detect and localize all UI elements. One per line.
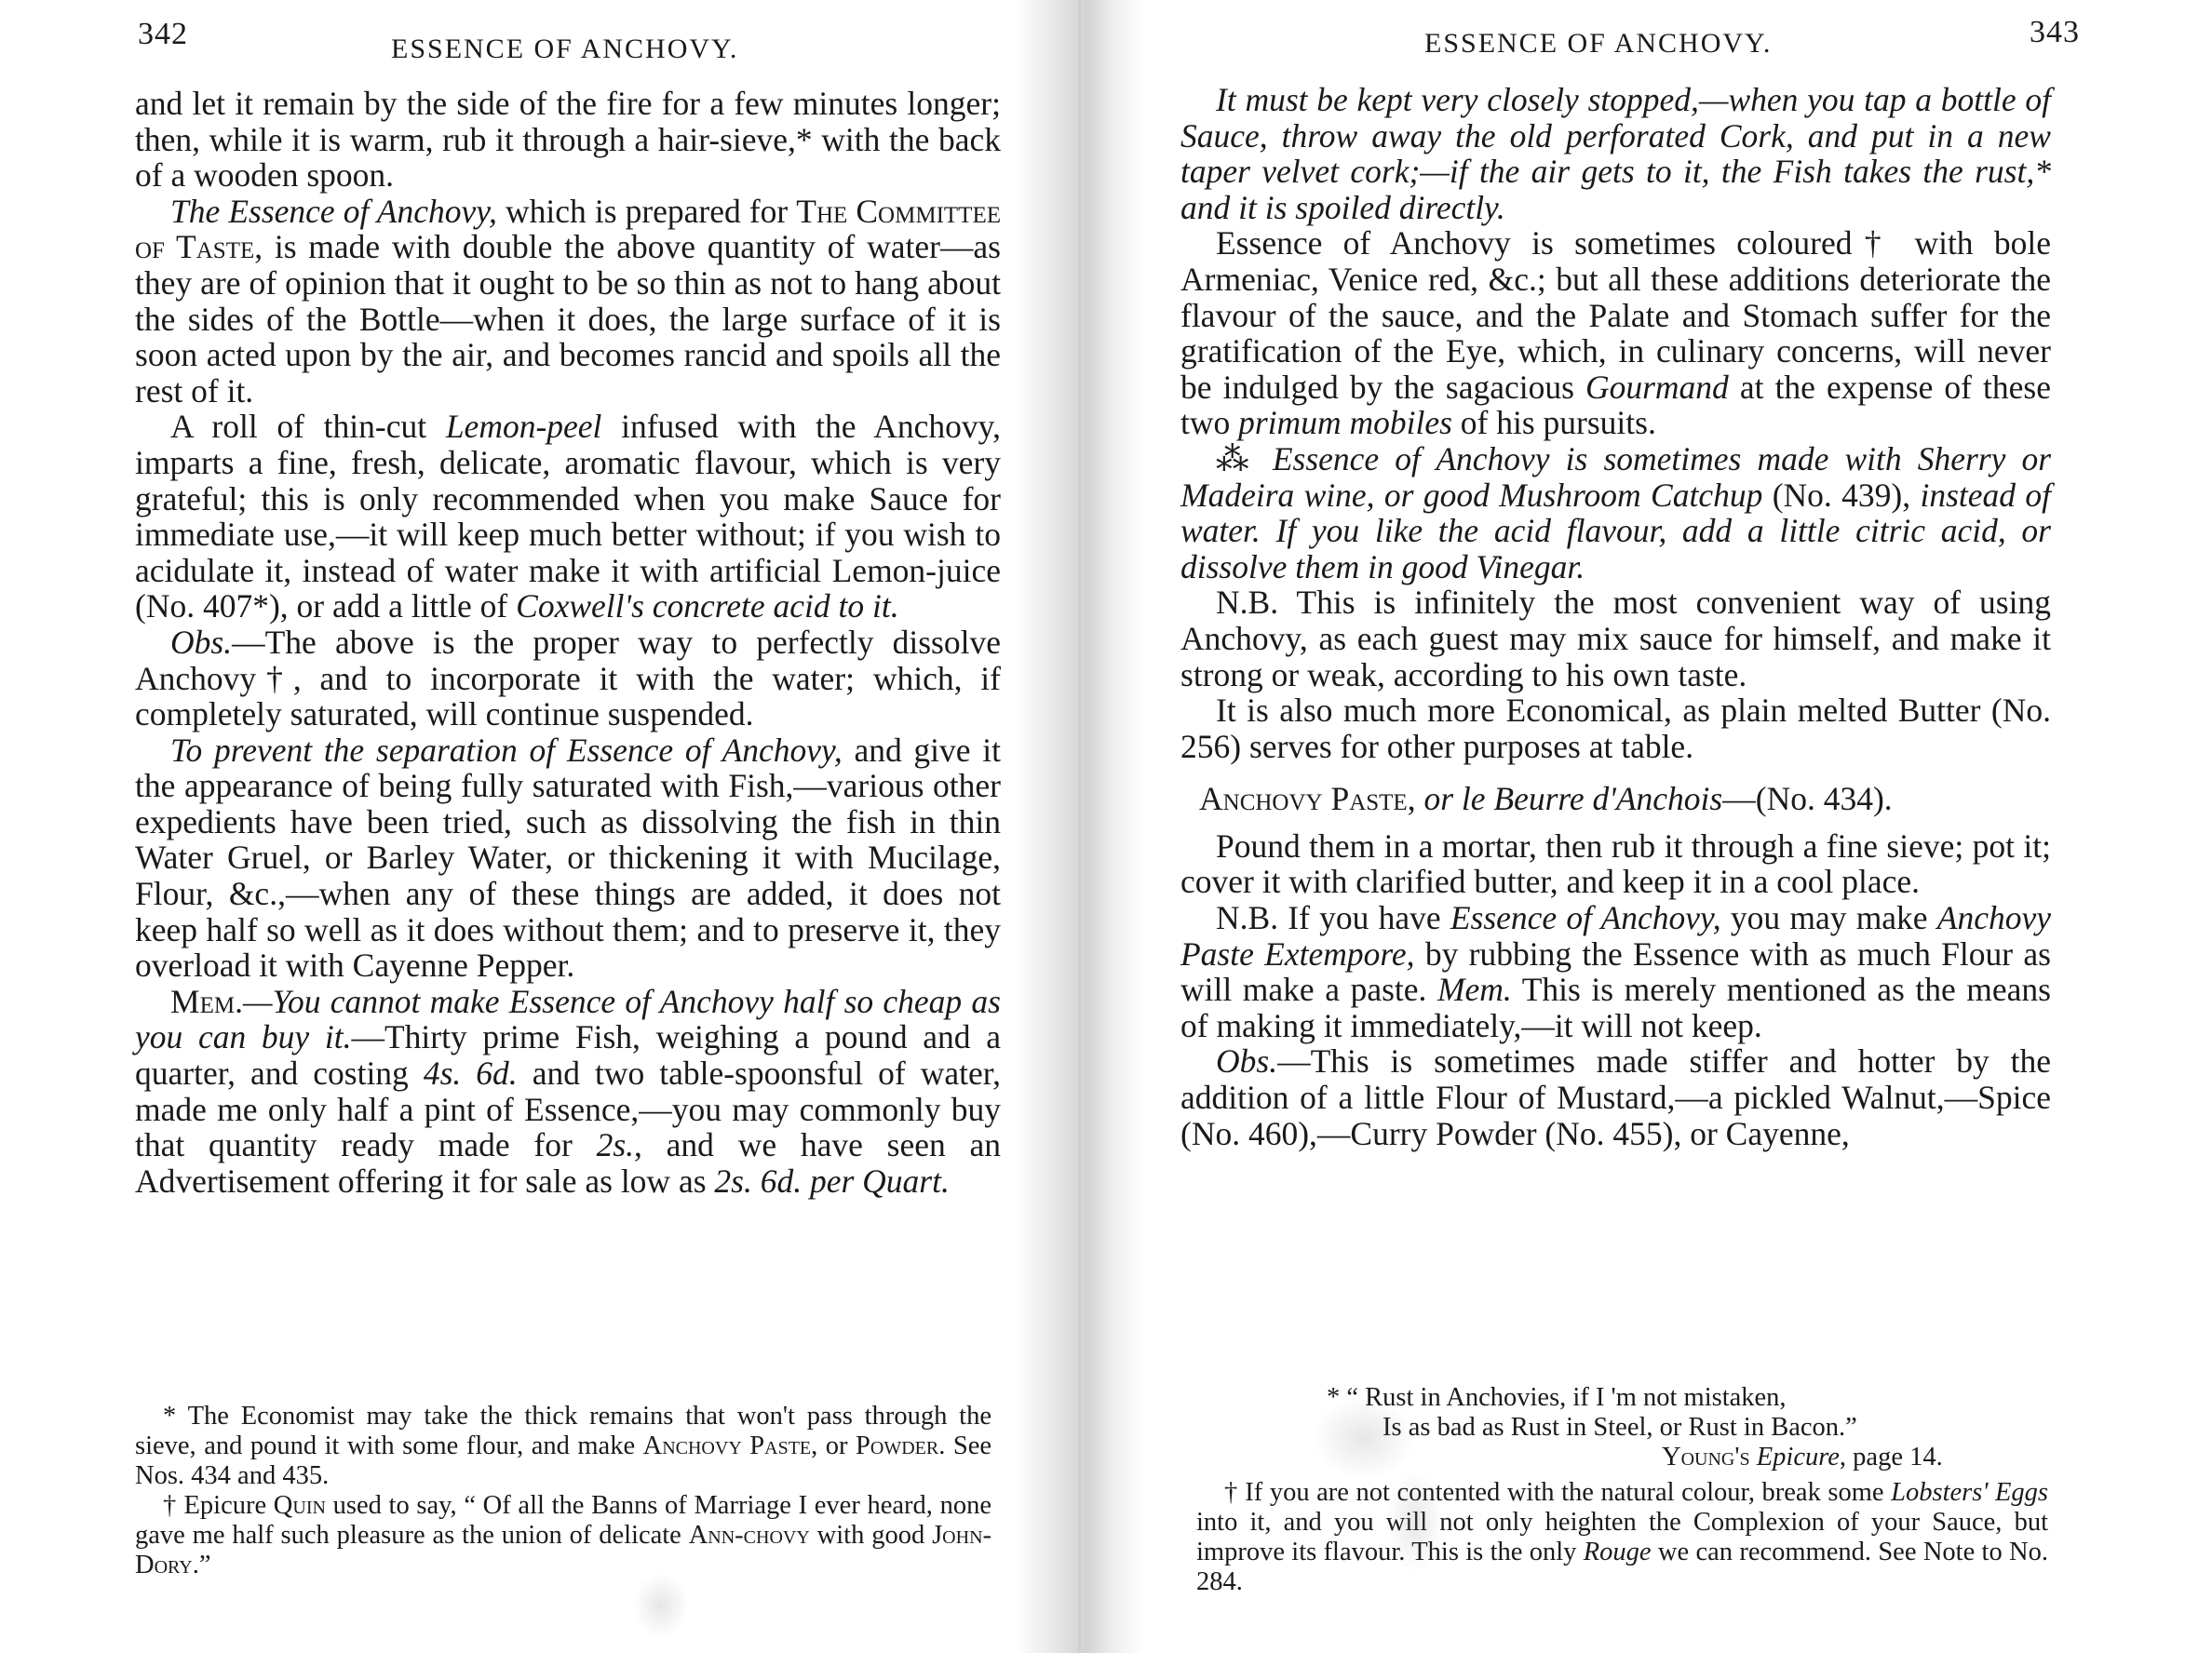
footnote: † If you are not contented with the natu… [1196, 1478, 2048, 1597]
page-number: 342 [138, 17, 188, 52]
paragraph: Obs.—This is sometimes made stiffer and … [1180, 1043, 2051, 1151]
left-page: 342 Essence of Anchovy. and let it remai… [0, 0, 1080, 1653]
paragraph: Essence of Anchovy is sometimes coloured… [1180, 225, 2051, 441]
body-text: and let it remain by the side of the fir… [135, 86, 1001, 1199]
paragraph: It must be kept very closely stopped,—wh… [1180, 82, 2051, 225]
paragraph: The Essence of Anchovy, which is prepare… [135, 194, 1001, 410]
verse-line: * “ Rust in Anchovies, if I 'm not mista… [1196, 1383, 2048, 1413]
paragraph: Pound them in a mortar, then rub it thro… [1180, 828, 2051, 900]
footnotes: * The Economist may take the thick remai… [135, 1402, 991, 1580]
paper-stain [1313, 1396, 1415, 1480]
book-spread: 342 Essence of Anchovy. and let it remai… [0, 0, 2212, 1653]
paragraph: To prevent the separation of Essence of … [135, 732, 1001, 984]
paragraph: ⁂ Essence of Anchovy is sometimes made w… [1180, 441, 2051, 585]
running-head: Essence of Anchovy. [1424, 28, 1772, 60]
paragraph: Obs.—The above is the proper way to perf… [135, 625, 1001, 732]
paragraph: and let it remain by the side of the fir… [135, 86, 1001, 194]
running-head: Essence of Anchovy. [391, 34, 738, 65]
body-text: It must be kept very closely stopped,—wh… [1180, 82, 2051, 1151]
recipe-heading: Anchovy Paste, or le Beurre d'Anchois—(N… [1180, 781, 2051, 817]
paragraph: A roll of thin-cut Lemon-peel infused wi… [135, 409, 1001, 625]
paragraph: It is also much more Economical, as plai… [1180, 692, 2051, 764]
footnote: † Epicure Quin used to say, “ Of all the… [135, 1491, 991, 1580]
paper-stain [633, 1573, 689, 1638]
paragraph: Mem.—You cannot make Essence of Anchovy … [135, 984, 1001, 1200]
right-page: 343 Essence of Anchovy. It must be kept … [1080, 0, 2212, 1653]
paragraph: N.B. This is infinitely the most conveni… [1180, 585, 2051, 692]
paragraph: N.B. If you have Essence of Anchovy, you… [1180, 900, 2051, 1043]
page-number: 343 [2030, 15, 2080, 50]
footnote: * The Economist may take the thick remai… [135, 1402, 991, 1491]
paper-stain [1387, 1471, 1443, 1573]
